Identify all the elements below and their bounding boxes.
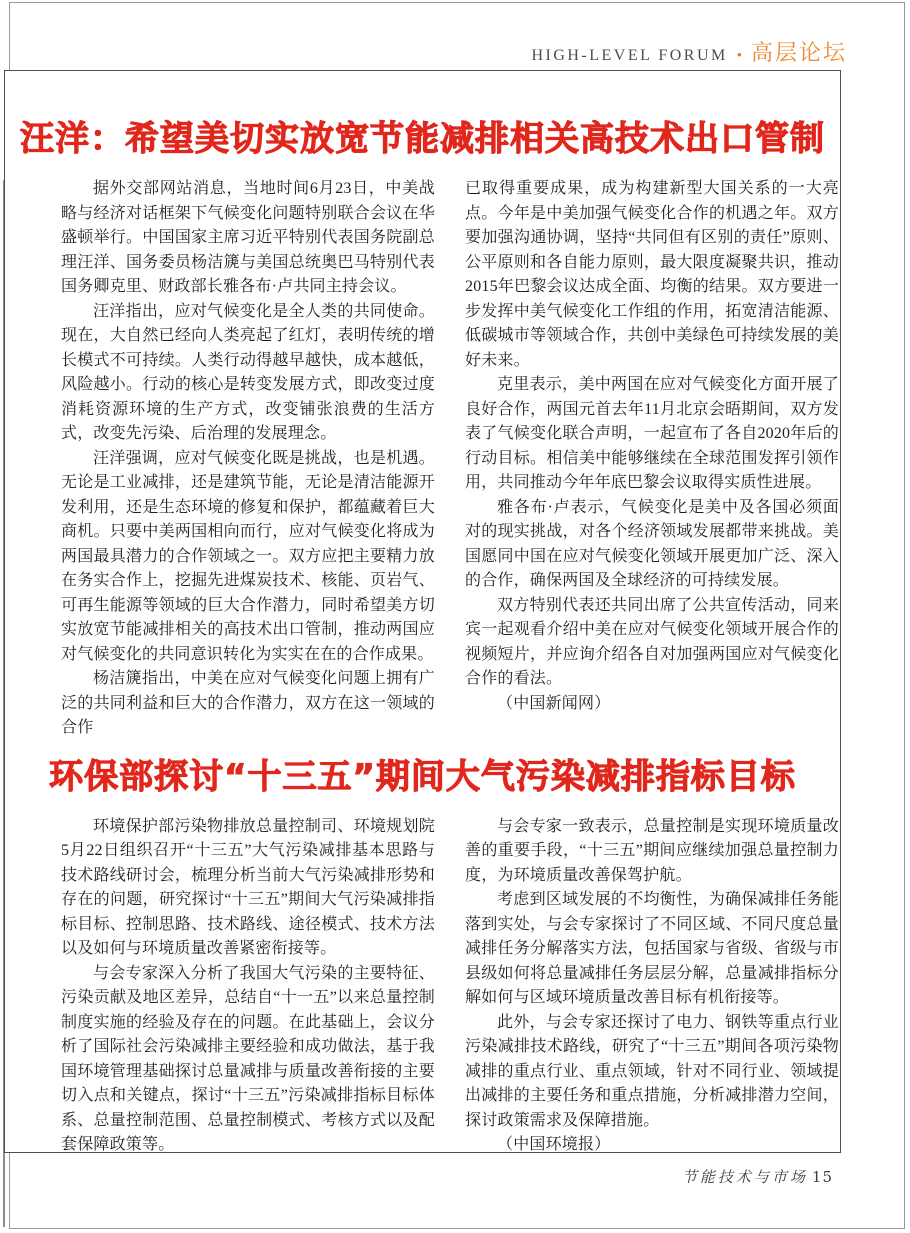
header-chinese-label: 高层论坛	[751, 36, 847, 67]
article-1-left-column: 据外交部网站消息，当地时间6月23日，中美战略与经济对话框架下气候变化问题特别联…	[61, 177, 435, 741]
article-paragraph: 汪洋强调，应对气候变化既是挑战，也是机遇。无论是工业减排，还是建筑节能，无论是清…	[61, 447, 435, 668]
article-paragraph: 考虑到区域发展的不均衡性，为确保减排任务能落到实处，与会专家探讨了不同区域、不同…	[465, 888, 839, 1011]
article-1-columns: 据外交部网站消息，当地时间6月23日，中美战略与经济对话框架下气候变化问题特别联…	[5, 177, 840, 741]
article-paragraph: 与会专家一致表示，总量控制是实现环境质量改善的重要手段，“十三五”期间应继续加强…	[465, 815, 839, 889]
article-paragraph: 克里表示，美中两国在应对气候变化方面开展了良好合作，两国元首去年11月北京会晤期…	[465, 373, 839, 496]
article-paragraph: 与会专家深入分析了我国大气污染的主要特征、污染贡献及地区差异，总结自“十一五”以…	[61, 962, 435, 1153]
page-footer: 节能技术与市场15	[682, 1166, 833, 1187]
header-separator-dot: •	[737, 48, 742, 65]
article-paragraph: 双方特别代表还共同出席了公共宣传活动，同来宾一起观看介绍中美在应对气候变化领域开…	[465, 594, 839, 692]
article-paragraph: 据外交部网站消息，当地时间6月23日，中美战略与经济对话框架下气候变化问题特别联…	[61, 177, 435, 300]
article-paragraph: 汪洋指出，应对气候变化是全人类的共同使命。现在，大自然已经向人类亮起了红灯，表明…	[61, 300, 435, 447]
article-paragraph: 此外，与会专家还探讨了电力、钢铁等重点行业污染减排技术路线，研究了“十三五”期间…	[465, 1011, 839, 1134]
article-2-left-column: 环境保护部污染物排放总量控制司、环境规划院5月22日组织召开“十三五”大气污染减…	[61, 815, 435, 1153]
content-frame: 汪洋：希望美切实放宽节能减排相关高技术出口管制 据外交部网站消息，当地时间6月2…	[4, 70, 841, 1153]
article-2-title: 环保部探讨“十三五”期间大气污染减排指标目标	[5, 755, 840, 799]
page-number: 15	[808, 1168, 833, 1186]
article-1-right-column: 已取得重要成果，成为构建新型大国关系的一大亮点。今年是中美加强气候变化合作的机遇…	[465, 177, 839, 741]
article-1: 汪洋：希望美切实放宽节能减排相关高技术出口管制 据外交部网站消息，当地时间6月2…	[5, 117, 840, 741]
header-english-label: HIGH-LEVEL FORUM	[531, 47, 727, 65]
article-paragraph: 已取得重要成果，成为构建新型大国关系的一大亮点。今年是中美加强气候变化合作的机遇…	[465, 177, 839, 373]
article-2-source: （中国环境报）	[465, 1133, 839, 1153]
journal-name: 节能技术与市场	[682, 1168, 808, 1186]
article-1-title: 汪洋：希望美切实放宽节能减排相关高技术出口管制	[5, 117, 840, 161]
article-2-columns: 环境保护部污染物排放总量控制司、环境规划院5月22日组织召开“十三五”大气污染减…	[5, 815, 840, 1153]
article-paragraph: 环境保护部污染物排放总量控制司、环境规划院5月22日组织召开“十三五”大气污染减…	[61, 815, 435, 962]
page-header: HIGH-LEVEL FORUM • 高层论坛	[531, 36, 847, 67]
article-1-source: （中国新闻网）	[465, 692, 839, 717]
article-2-right-column: 与会专家一致表示，总量控制是实现环境质量改善的重要手段，“十三五”期间应继续加强…	[465, 815, 839, 1153]
article-paragraph: 杨洁篪指出，中美在应对气候变化问题上拥有广泛的共同利益和巨大的合作潜力，双方在这…	[61, 667, 435, 741]
article-2: 环保部探讨“十三五”期间大气污染减排指标目标 环境保护部污染物排放总量控制司、环…	[5, 755, 840, 1153]
article-paragraph: 雅各布·卢表示，气候变化是美中及各国必须面对的现实挑战，对各个经济领域发展都带来…	[465, 496, 839, 594]
